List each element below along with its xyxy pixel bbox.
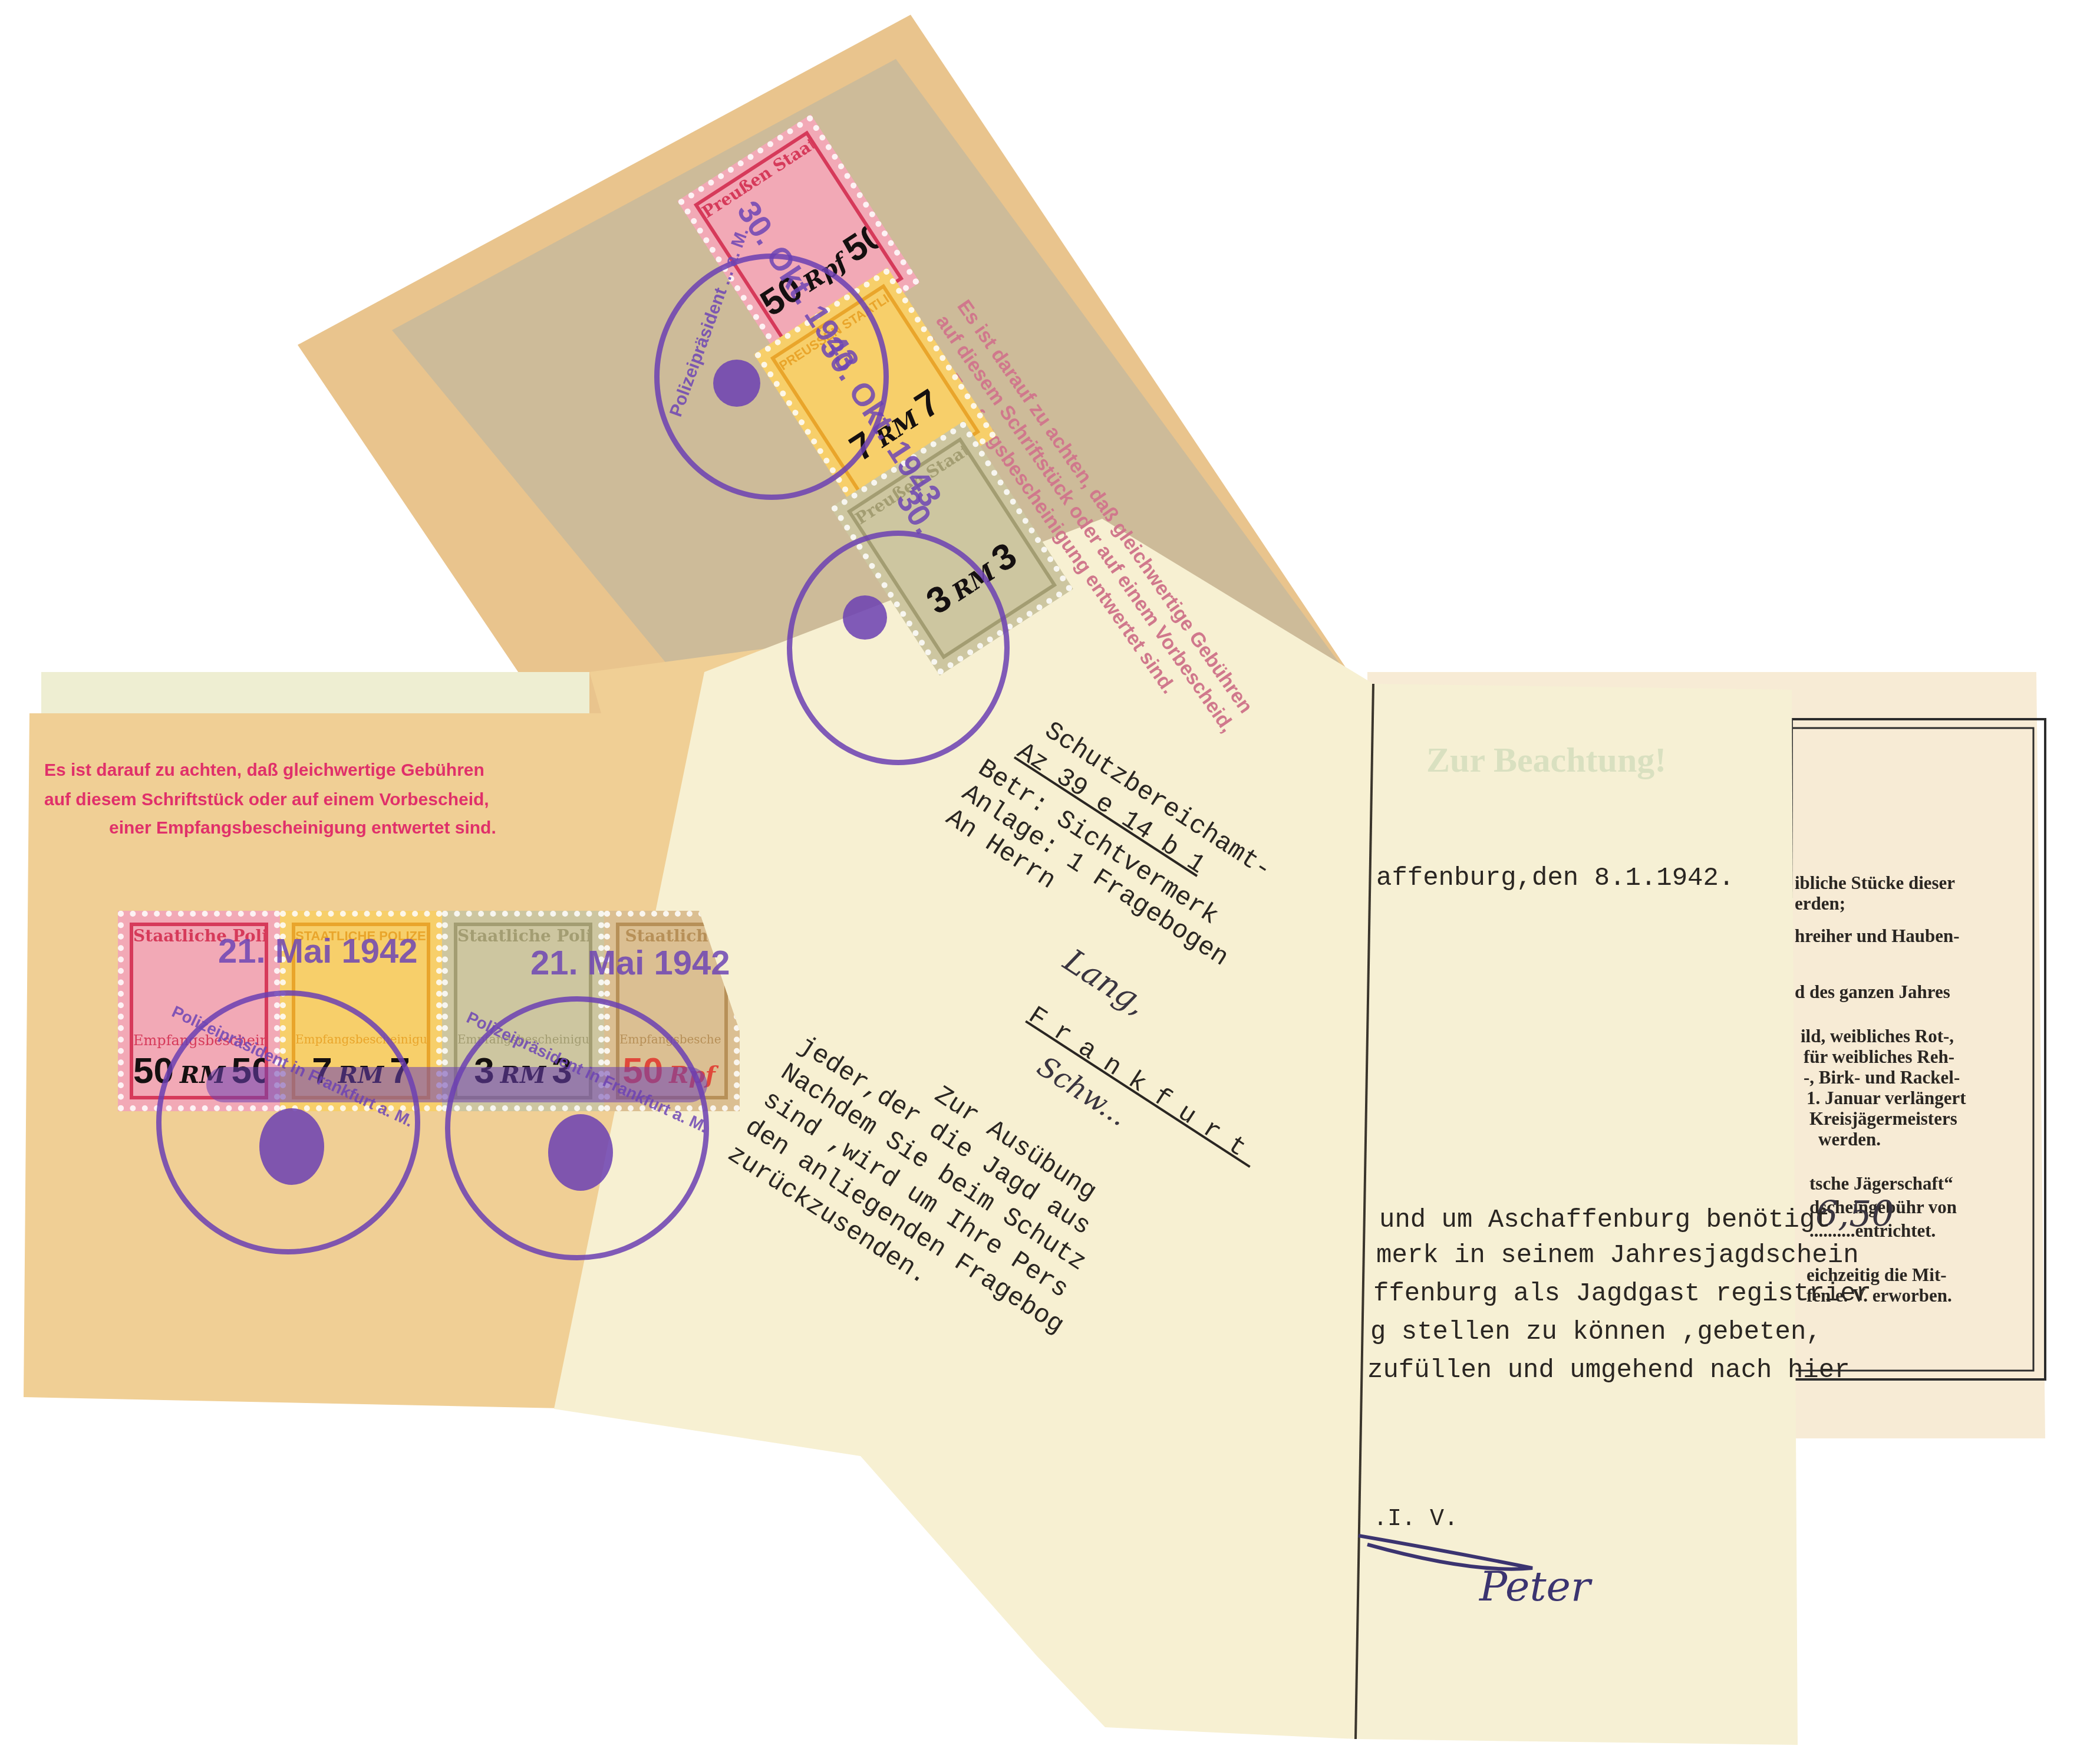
recipient-name: Lang, bbox=[1057, 941, 1154, 1022]
letter: Schutzbereichamt- Az 39 e 14 b 1 Betr: S… bbox=[0, 0, 2100, 1752]
body-right-2: merk in seinem Jahresjagdschein bbox=[1376, 1241, 1859, 1270]
body-right-1: und um Aschaffenburg benötigt bbox=[1379, 1206, 1831, 1235]
body-right-5: zufüllen und umgehend nach hier bbox=[1367, 1356, 1850, 1385]
letter-date: affenburg,den 8.1.1942. bbox=[1376, 864, 1734, 893]
body-right-3: ffenburg als Jagdgast registrier bbox=[1373, 1279, 1871, 1309]
signature-stroke bbox=[1356, 1533, 1591, 1603]
body-right-4: g stellen zu können ,gebeten, bbox=[1370, 1318, 1822, 1347]
letter-closing: .I. V. bbox=[1373, 1506, 1458, 1533]
